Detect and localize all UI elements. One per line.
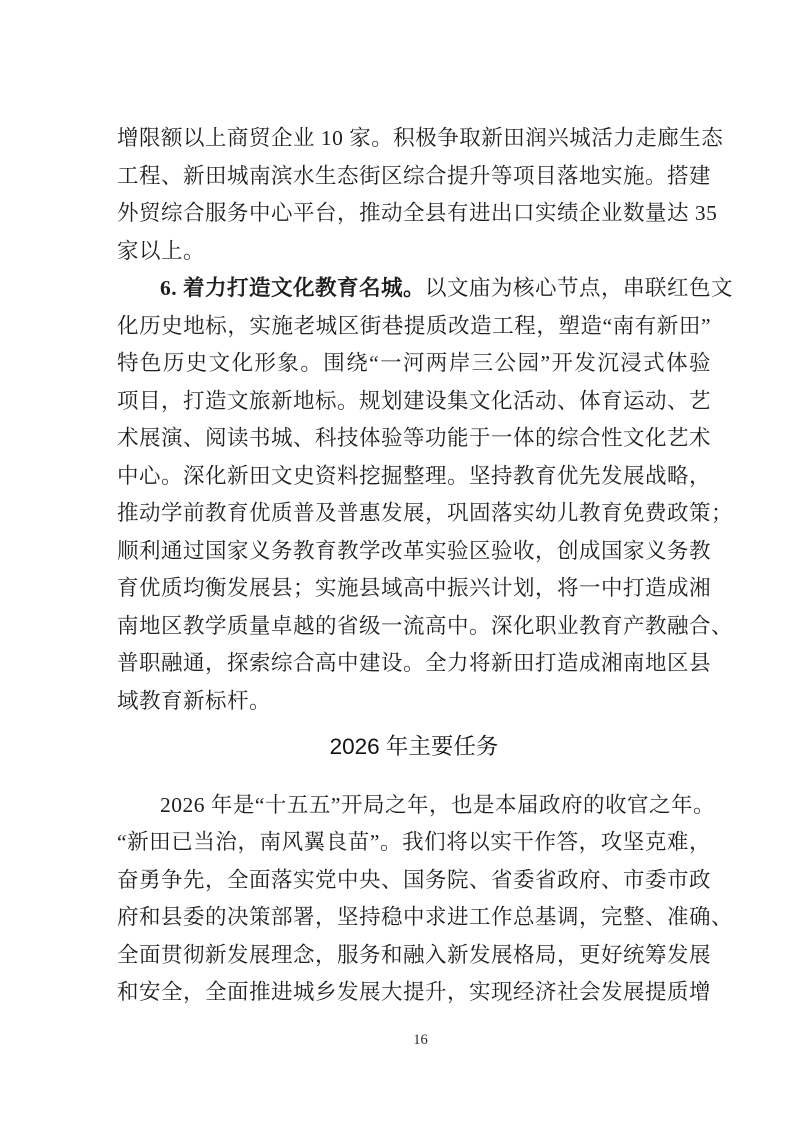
paragraph-line: 育优质均衡发展县；实施县域高中振兴计划，将一中打造成湘: [117, 570, 711, 608]
page-number: 16: [413, 1030, 428, 1050]
body-text: 化历史地标，实施老城区街巷提质改造工程，塑造“南有新田”: [117, 314, 711, 338]
body-text: 以文庙为核心节点，串联红色文: [425, 276, 733, 300]
page-footer: 16: [0, 1030, 793, 1050]
section-heading: 2026 年主要任务: [117, 728, 711, 766]
body-text: 普职融通，探索综合高中建设。全力将新田打造成湘南地区县: [117, 651, 711, 675]
body-text: 中心。深化新田文史资料挖掘整理。坚持教育优先发展战略，: [117, 464, 711, 488]
paragraph-line: 术展演、阅读书城、科技体验等功能于一体的综合性文化艺术: [117, 420, 711, 458]
body-text: 和安全，全面推进城乡发展大提升，实现经济社会发展提质增: [117, 980, 711, 1004]
body-text: 顺利通过国家义务教育教学改革实验区验收，创成国家义务教: [117, 539, 711, 563]
body-text: 南地区教学质量卓越的省级一流高中。深化职业教育产教融合、: [117, 614, 733, 638]
paragraph-line: 全面贯彻新发展理念，服务和融入新发展格局，更好统筹发展: [117, 937, 711, 975]
paragraph-line: 府和县委的决策部署，坚持稳中求进工作总基调，完整、准确、: [117, 899, 711, 937]
paragraph: 2026 年是“十五五”开局之年，也是本届政府的收官之年。“新田已当治，南风翼良…: [117, 787, 711, 1012]
body-text: “新田已当治，南风翼良苗”。我们将以实干作答，攻坚克难，: [117, 830, 711, 854]
paragraph-line: 工程、新田城南滨水生态街区综合提升等项目落地实施。搭建: [117, 158, 711, 196]
body-text: 术展演、阅读书城、科技体验等功能于一体的综合性文化艺术: [117, 426, 711, 450]
paragraph-line: “新田已当治，南风翼良苗”。我们将以实干作答，攻坚克难，: [117, 824, 711, 862]
paragraph-line: 外贸综合服务中心平台，推动全县有进出口实绩企业数量达 35: [117, 195, 711, 233]
body-text: 奋勇争先，全面落实党中央、国务院、省委省政府、市委市政: [117, 868, 711, 892]
body-text: 特色历史文化形象。围绕“一河两岸三公园”开发沉浸式体验: [117, 351, 711, 375]
paragraph-line: 普职融通，探索综合高中建设。全力将新田打造成湘南地区县: [117, 645, 711, 683]
body-text: 外贸综合服务中心平台，推动全县有进出口实绩企业数量达 35: [117, 201, 717, 225]
body-text: 工程、新田城南滨水生态街区综合提升等项目落地实施。搭建: [117, 164, 711, 188]
body-text: 府和县委的决策部署，坚持稳中求进工作总基调，完整、准确、: [117, 905, 733, 929]
document-page: { "page": { "number": "16" }, "content":…: [0, 0, 793, 1122]
paragraph-line: 和安全，全面推进城乡发展大提升，实现经济社会发展提质增: [117, 974, 711, 1012]
paragraph-line: 域教育新标杆。: [117, 683, 711, 721]
paragraph-line: 项目，打造文旅新地标。规划建设集文化活动、体育运动、艺: [117, 383, 711, 421]
bold-lead-text: 6. 着力打造文化教育名城。: [160, 276, 425, 300]
paragraph-line: 家以上。: [117, 233, 711, 271]
body-text: 2026 年是“十五五”开局之年，也是本届政府的收官之年。: [160, 793, 715, 817]
paragraph-line: 6. 着力打造文化教育名城。以文庙为核心节点，串联红色文: [117, 270, 711, 308]
body-text: 育优质均衡发展县；实施县域高中振兴计划，将一中打造成湘: [117, 576, 711, 600]
paragraph-line: 增限额以上商贸企业 10 家。积极争取新田润兴城活力走廊生态: [117, 120, 711, 158]
paragraph-line: 顺利通过国家义务教育教学改革实验区验收，创成国家义务教: [117, 533, 711, 571]
paragraph-line: 南地区教学质量卓越的省级一流高中。深化职业教育产教融合、: [117, 608, 711, 646]
body-text: 增限额以上商贸企业 10 家。积极争取新田润兴城活力走廊生态: [117, 126, 723, 150]
paragraph-line: 中心。深化新田文史资料挖掘整理。坚持教育优先发展战略，: [117, 458, 711, 496]
body-text: 项目，打造文旅新地标。规划建设集文化活动、体育运动、艺: [117, 389, 711, 413]
paragraph-line: 化历史地标，实施老城区街巷提质改造工程，塑造“南有新田”: [117, 308, 711, 346]
paragraph: 6. 着力打造文化教育名城。以文庙为核心节点，串联红色文化历史地标，实施老城区街…: [117, 270, 711, 720]
paragraph-line: 特色历史文化形象。围绕“一河两岸三公园”开发沉浸式体验: [117, 345, 711, 383]
body-text: 全面贯彻新发展理念，服务和融入新发展格局，更好统筹发展: [117, 943, 711, 967]
paragraph: 增限额以上商贸企业 10 家。积极争取新田润兴城活力走廊生态工程、新田城南滨水生…: [117, 120, 711, 270]
body-text: 域教育新标杆。: [117, 689, 271, 713]
paragraph-line: 奋勇争先，全面落实党中央、国务院、省委省政府、市委市政: [117, 862, 711, 900]
paragraph-line: 2026 年是“十五五”开局之年，也是本届政府的收官之年。: [117, 787, 711, 825]
body-text: 推动学前教育优质普及普惠发展，巩固落实幼儿教育免费政策；: [117, 501, 733, 525]
body-text: 家以上。: [117, 239, 205, 263]
paragraph-line: 推动学前教育优质普及普惠发展，巩固落实幼儿教育免费政策；: [117, 495, 711, 533]
text-block: 增限额以上商贸企业 10 家。积极争取新田润兴城活力走廊生态工程、新田城南滨水生…: [117, 120, 711, 1012]
